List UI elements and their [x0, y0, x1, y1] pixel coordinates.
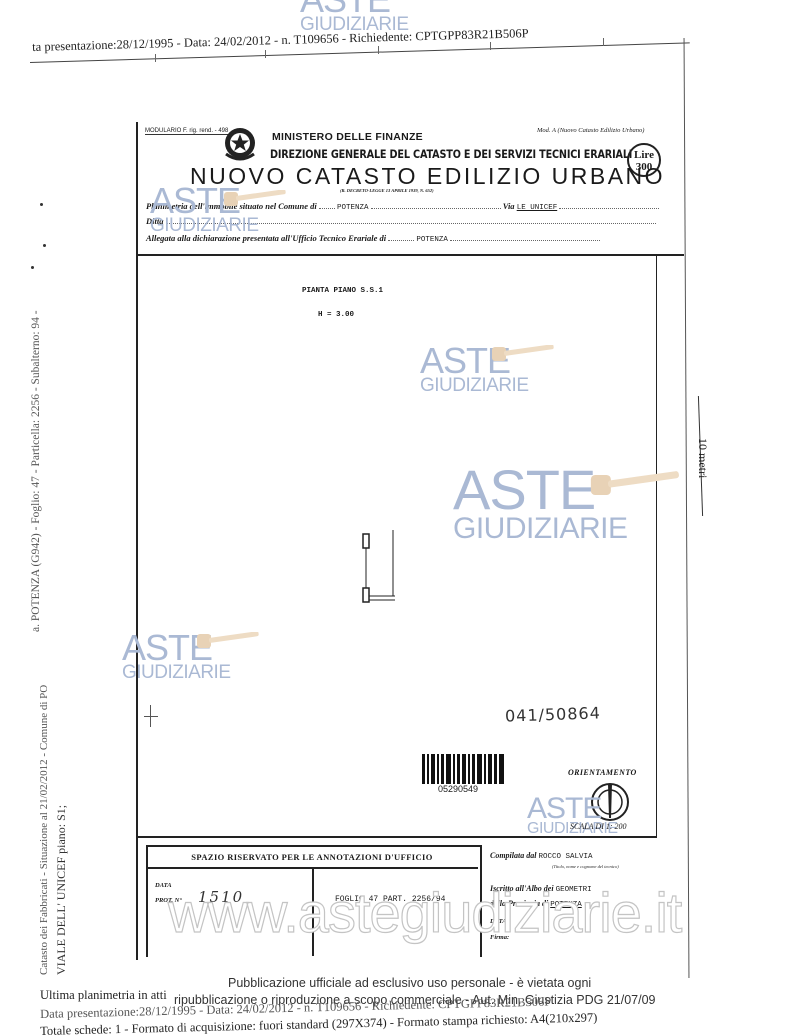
- gavel-icon: [588, 470, 688, 500]
- gavel-icon: [222, 190, 292, 208]
- publication-notice-1: Pubblicazione ufficiale ad esclusivo uso…: [228, 976, 591, 990]
- annotations-header: SPAZIO RISERVATO PER LE ANNOTAZIONI D'UF…: [146, 845, 478, 869]
- border-tick: [265, 50, 266, 58]
- compilata-row: Compilata dal ROCCO SALVIA: [490, 851, 592, 861]
- republic-emblem-icon: [222, 124, 258, 164]
- mod-a-label: Mod. A (Nuovo Catasto Edilizio Urbano): [537, 127, 644, 134]
- scan-header-line: ta presentazione:28/12/1995 - Data: 24/0…: [32, 26, 529, 55]
- altezza-label: H = 3.00: [318, 311, 354, 319]
- pianta-label: PIANTA PIANO S.S.1: [302, 287, 383, 295]
- dimension-tick: [144, 716, 158, 717]
- barcode-number: 05290549: [438, 784, 478, 794]
- ufficio-value: POTENZA: [416, 236, 448, 244]
- side-text-lower-1: Catasto dei Fabbricati - Situazione al 2…: [38, 685, 50, 975]
- handwritten-note: 041/50864: [505, 703, 601, 725]
- gavel-icon: [490, 345, 560, 363]
- border-tick: [490, 42, 491, 50]
- form-title: NUOVO CATASTO EDILIZIO URBANO: [190, 163, 665, 190]
- compilata-hint: (Titolo, nome e cognome del tecnico): [552, 864, 619, 869]
- modulario-label: MODULARIO F. rig. rend. - 498: [145, 128, 228, 135]
- watermark-aste-top: ASTE GIUDIZIARIE: [300, 0, 409, 33]
- scan-footer-1: Ultima planimetria in atti: [40, 988, 167, 1003]
- drawing-frame-right: [656, 254, 657, 836]
- compilata-value: ROCCO SALVIA: [538, 853, 592, 861]
- scan-speck: [31, 266, 34, 269]
- floorplan-fragment: [355, 530, 405, 610]
- border-tick: [378, 46, 379, 54]
- side-text-lower-2: VIALE DELL' UNICEF piano: S1;: [54, 805, 69, 975]
- direzione-title: DIREZIONE GENERALE DEL CATASTO E DEI SER…: [270, 147, 632, 161]
- scale-bar-label: 10 metri: [695, 438, 710, 478]
- scala-label: SCALA DI 1: 200: [570, 822, 627, 831]
- gavel-icon: [195, 632, 265, 650]
- comune-value: POTENZA: [337, 204, 369, 212]
- barcode: [422, 754, 504, 784]
- via-value: LE UNICEF: [517, 204, 558, 212]
- ministero-title: MINISTERO DELLE FINANZE: [272, 131, 423, 143]
- scan-speck: [40, 203, 43, 206]
- scan-speck: [43, 244, 46, 247]
- border-tick: [155, 54, 156, 62]
- orientamento-label: ORIENTAMENTO: [568, 768, 637, 777]
- decreto-note: (R. DECRETO-LEGGE 13 APRILE 1939, N. 652…: [340, 188, 434, 193]
- watermark-site: www.astegiudiziarie.it: [168, 880, 681, 945]
- border-tick: [603, 38, 604, 46]
- side-text-upper: a. POTENZA (G942) - Foglio: 47 - Partice…: [30, 310, 42, 632]
